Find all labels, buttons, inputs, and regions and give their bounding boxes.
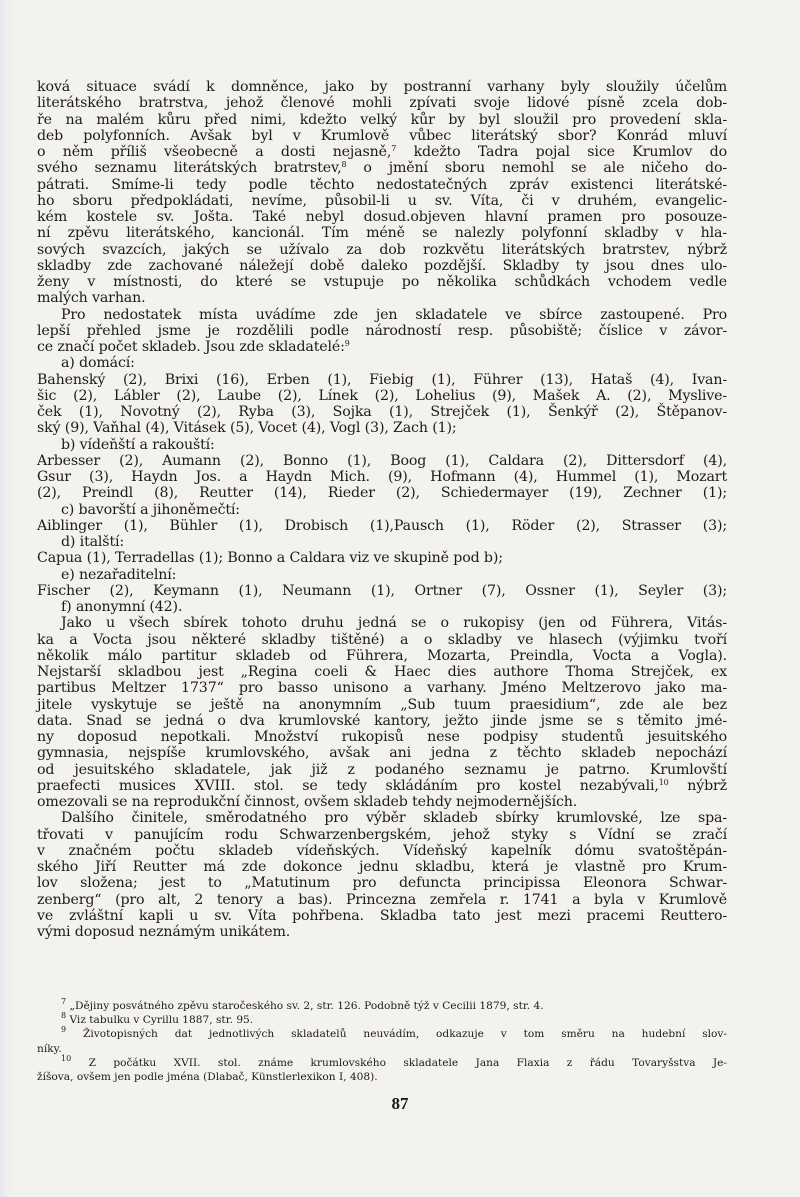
text-line: ce značí počet skladeb. Jsou zde skladat… — [37, 339, 727, 355]
line-text: ny doposud nepotkali. Množství rukopisů … — [37, 729, 727, 745]
line-text: Arbesser (2), Aumann (2), Bonno (1), Boo… — [37, 453, 727, 469]
page-number: 87 — [0, 1094, 800, 1114]
line-text: skladby zde zachované náležejí době dale… — [37, 258, 727, 274]
text-line: ho sboru předpokládati, nevíme, působil-… — [37, 193, 727, 209]
text-line: ského Jiří Reutter má zde dokonce jednu … — [37, 859, 727, 875]
line-text: svého seznamu literátských bratrstev, — [37, 160, 342, 176]
line-text: šic (2), Lábler (2), Laube (2), Línek (2… — [37, 388, 727, 404]
text-line: v značném počtu skladeb vídeňských. Víde… — [37, 843, 727, 859]
text-line: ček (1), Novotný (2), Ryba (3), Sojka (1… — [37, 404, 727, 420]
text-line: vými doposud neznámým unikátem. — [37, 924, 727, 940]
line-text: ček (1), Novotný (2), Ryba (3), Sojka (1… — [37, 404, 727, 420]
line-text: ského Jiří Reutter má zde dokonce jednu … — [37, 859, 727, 875]
text-line: pátrati. Smíme-li tedy podle těchto nedo… — [37, 177, 727, 193]
line-text: sových svazcích, jakých se užívalo za do… — [37, 242, 727, 258]
line-text: ho sboru předpokládati, nevíme, působil-… — [37, 193, 727, 209]
line-text: literátského bratrstva, jehož členové mo… — [37, 95, 727, 111]
line-text: ka a Vocta jsou některé skladby tištěné)… — [37, 632, 727, 648]
text-line: d) italští: — [37, 534, 727, 550]
line-text: omezovali se na reprodukční činnost, ovš… — [37, 794, 577, 810]
text-line: literátského bratrstva, jehož členové mo… — [37, 95, 727, 111]
text-line: Capua (1), Terradellas (1); Bonno a Cald… — [37, 550, 727, 566]
text-line: kém kostele sv. Jošta. Také nebyl dosud.… — [37, 209, 727, 225]
line-text: vými doposud neznámým unikátem. — [37, 924, 290, 940]
text-line: omezovali se na reprodukční činnost, ovš… — [37, 794, 727, 810]
line-text: partibus Meltzer 1737“ pro basso unisono… — [37, 680, 727, 696]
text-line: partibus Meltzer 1737“ pro basso unisono… — [37, 680, 727, 696]
line-text: pátrati. Smíme-li tedy podle těchto nedo… — [37, 177, 727, 193]
line-text: f) anonymní (42). — [61, 599, 182, 615]
text-line: malých varhan. — [37, 290, 727, 306]
text-line: e) nezařaditelní: — [37, 567, 727, 583]
text-line: a) domácí: — [37, 355, 727, 371]
footnote: 10 Z počátku XVII. stol. známe krumlovsk… — [37, 1056, 727, 1070]
footnote-reference: 9 — [345, 339, 350, 348]
text-line: b) vídeňští a rakouští: — [37, 437, 727, 453]
text-line: od jesuitského skladatele, jak již z pod… — [37, 762, 727, 778]
line-text: ský (9), Vaňhal (4), Vitásek (5), Vocet … — [37, 420, 456, 436]
footnote-number: 10 — [61, 1054, 71, 1063]
line-text: gymnasia, nejspíše krumlovského, avšak a… — [37, 745, 727, 761]
line-text-after: kdežto Tadra pojal sice Krumlov do — [396, 144, 727, 160]
text-line: ský (9), Vaňhal (4), Vitásek (5), Vocet … — [37, 420, 727, 436]
line-text: c) bavorští a jihoněmečtí: — [61, 502, 240, 518]
line-text: kém kostele sv. Jošta. Také nebyl dosud.… — [37, 209, 727, 225]
footnote-text: Z počátku XVII. stol. známe krumlovského… — [71, 1057, 727, 1069]
line-text: data. Snad se jedná o dva krumlovské kan… — [37, 713, 727, 729]
line-text: Pro nedostatek místa uvádíme zde jen skl… — [61, 307, 727, 323]
line-text: ní zpěvu literátského, kancionál. Tím mé… — [37, 225, 727, 241]
body-text: ková situace svádí k domněnce, jako by p… — [37, 79, 727, 940]
line-text: ce značí počet skladeb. Jsou zde skladat… — [37, 339, 345, 355]
line-text: Aiblinger (1), Bühler (1), Drobisch (1),… — [37, 518, 727, 534]
footnote: níky. — [37, 1042, 727, 1056]
text-line: lov složena; jest to „Matutinum pro defu… — [37, 875, 727, 891]
text-line: ka a Vocta jsou některé skladby tištěné)… — [37, 632, 727, 648]
line-text: Dalšího činitele, směrodatného pro výběr… — [61, 810, 727, 826]
text-line: Fischer (2), Keymann (1), Neumann (1), O… — [37, 583, 727, 599]
line-text: b) vídeňští a rakouští: — [61, 437, 215, 453]
scanned-page: ková situace svádí k domněnce, jako by p… — [0, 0, 800, 1197]
text-line: Dalšího činitele, směrodatného pro výběr… — [37, 810, 727, 826]
line-text: v značném počtu skladeb vídeňských. Víde… — [37, 843, 727, 859]
line-text-after: nýbrž — [669, 778, 727, 794]
footnote: 8 Viz tabulku v Cyrillu 1887, str. 95. — [37, 1013, 727, 1027]
text-line: f) anonymní (42). — [37, 599, 727, 615]
text-line: Aiblinger (1), Bühler (1), Drobisch (1),… — [37, 518, 727, 534]
line-text: lepší přehled jsme je rozdělili podle ná… — [37, 323, 727, 339]
line-text-after: o jmění sboru nemohl se ale ničeho do- — [346, 160, 727, 176]
text-line: šic (2), Lábler (2), Laube (2), Línek (2… — [37, 388, 727, 404]
line-text: d) italští: — [61, 534, 124, 550]
line-text: Bahenský (2), Brixi (16), Erben (1), Fie… — [37, 372, 727, 388]
line-text: Jako u všech sbírek tohoto druhu jedná s… — [61, 615, 727, 631]
footnote-reference: 10 — [659, 778, 669, 787]
footnote-text: níky. — [37, 1043, 62, 1055]
text-line: skladby zde zachované náležejí době dale… — [37, 258, 727, 274]
text-line: svého seznamu literátských bratrstev,8 o… — [37, 160, 727, 176]
line-text: malých varhan. — [37, 290, 145, 306]
line-text: Nejstarší skladbou jest „Regina coeli & … — [37, 664, 727, 680]
footnote: 9 Životopisných dat jednotlivých skladat… — [37, 1027, 727, 1041]
text-line: c) bavorští a jihoněmečtí: — [37, 502, 727, 518]
line-text: Gsur (3), Haydn Jos. a Haydn Mich. (9), … — [37, 469, 727, 485]
text-line: praefecti musices XVIII. stol. se tedy s… — [37, 778, 727, 794]
text-line: Arbesser (2), Aumann (2), Bonno (1), Boo… — [37, 453, 727, 469]
footnote-text: „Dějiny posvátného zpěvu staročeského sv… — [66, 1000, 543, 1012]
text-line: třovati v panujícím rodu Schwarzenbergsk… — [37, 827, 727, 843]
line-text: ve zvláštní kapli u sv. Víta pohřbena. S… — [37, 908, 727, 924]
text-line: gymnasia, nejspíše krumlovského, avšak a… — [37, 745, 727, 761]
line-text: praefecti musices XVIII. stol. se tedy s… — [37, 778, 659, 794]
text-line: (2), Preindl (8), Reutter (14), Rieder (… — [37, 485, 727, 501]
line-text: ře na malém kůru před nimi, kdežto velký… — [37, 112, 727, 128]
text-line: Pro nedostatek místa uvádíme zde jen skl… — [37, 307, 727, 323]
footnote-text: žíšova, ovšem jen podle jména (Dlabač, K… — [37, 1071, 378, 1083]
text-line: sových svazcích, jakých se užívalo za do… — [37, 242, 727, 258]
footnote: žíšova, ovšem jen podle jména (Dlabač, K… — [37, 1070, 727, 1084]
line-text: ková situace svádí k domněnce, jako by p… — [37, 79, 727, 95]
text-line: ve zvláštní kapli u sv. Víta pohřbena. S… — [37, 908, 727, 924]
line-text: lov složena; jest to „Matutinum pro defu… — [37, 875, 727, 891]
text-line: ženy v místnosti, do které se vstupuje p… — [37, 274, 727, 290]
text-line: ny doposud nepotkali. Množství rukopisů … — [37, 729, 727, 745]
line-text: Capua (1), Terradellas (1); Bonno a Cald… — [37, 550, 503, 566]
text-line: Nejstarší skladbou jest „Regina coeli & … — [37, 664, 727, 680]
text-line: Bahenský (2), Brixi (16), Erben (1), Fie… — [37, 372, 727, 388]
text-line: lepší přehled jsme je rozdělili podle ná… — [37, 323, 727, 339]
text-line: ře na malém kůru před nimi, kdežto velký… — [37, 112, 727, 128]
line-text: deb polyfonních. Avšak byl v Krumlově vů… — [37, 128, 727, 144]
footnote: 7 „Dějiny posvátného zpěvu staročeského … — [37, 999, 727, 1013]
text-line: data. Snad se jedná o dva krumlovské kan… — [37, 713, 727, 729]
line-text: o něm příliš všeobecně a dosti nejasně, — [37, 144, 391, 160]
text-line: Gsur (3), Haydn Jos. a Haydn Mich. (9), … — [37, 469, 727, 485]
line-text: (2), Preindl (8), Reutter (14), Rieder (… — [37, 485, 727, 501]
text-line: o něm příliš všeobecně a dosti nejasně,7… — [37, 144, 727, 160]
line-text: e) nezařaditelní: — [61, 567, 176, 583]
text-line: zenberg“ (pro alt, 2 tenory a bas). Prin… — [37, 892, 727, 908]
line-text: třovati v panujícím rodu Schwarzenbergsk… — [37, 827, 727, 843]
line-text: zenberg“ (pro alt, 2 tenory a bas). Prin… — [37, 892, 727, 908]
footnotes: 7 „Dějiny posvátného zpěvu staročeského … — [37, 999, 727, 1084]
text-line: několik málo partitur skladeb od Führera… — [37, 648, 727, 664]
footnote-text: Životopisných dat jednotlivých skladatel… — [66, 1028, 727, 1040]
line-text: ženy v místnosti, do které se vstupuje p… — [37, 274, 727, 290]
text-line: Jako u všech sbírek tohoto druhu jedná s… — [37, 615, 727, 631]
footnote-text: Viz tabulku v Cyrillu 1887, str. 95. — [66, 1014, 253, 1026]
text-line: ková situace svádí k domněnce, jako by p… — [37, 79, 727, 95]
text-line: deb polyfonních. Avšak byl v Krumlově vů… — [37, 128, 727, 144]
line-text: a) domácí: — [61, 355, 135, 371]
line-text: jitele vyskytuje se ještě na anonymním „… — [37, 697, 727, 713]
text-line: jitele vyskytuje se ještě na anonymním „… — [37, 697, 727, 713]
line-text: Fischer (2), Keymann (1), Neumann (1), O… — [37, 583, 727, 599]
line-text: několik málo partitur skladeb od Führera… — [37, 648, 727, 664]
text-line: ní zpěvu literátského, kancionál. Tím mé… — [37, 225, 727, 241]
line-text: od jesuitského skladatele, jak již z pod… — [37, 762, 727, 778]
